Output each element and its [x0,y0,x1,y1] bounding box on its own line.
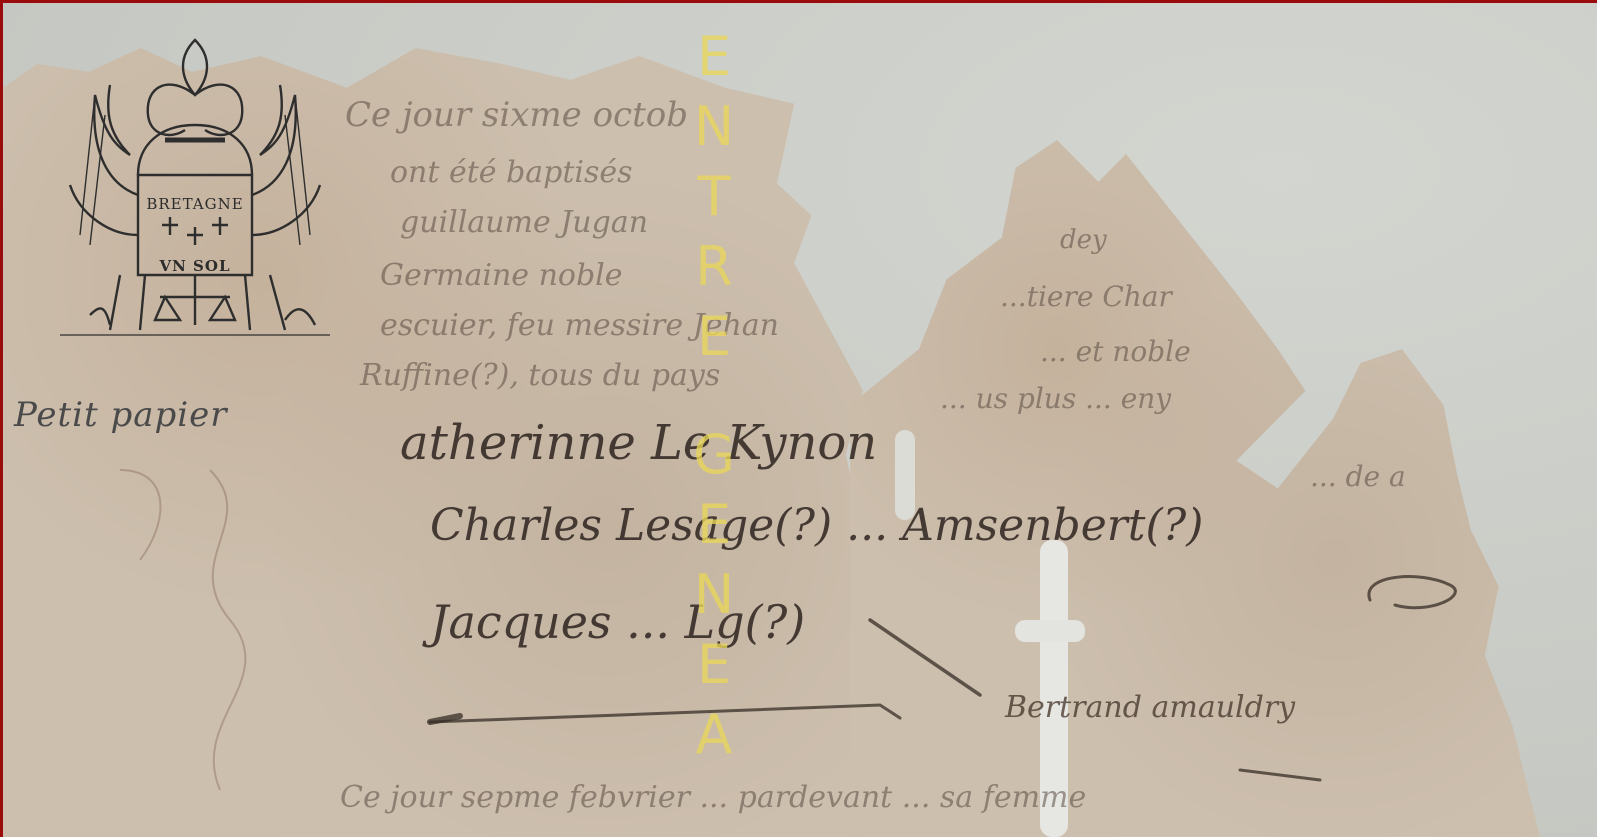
watermark-text: E N T R E G E N E A [692,30,736,778]
watermark-letter: E [697,498,731,568]
watermark-letter: G [693,428,735,498]
watermark-letter: R [695,240,733,310]
watermark-letter: T [698,170,731,240]
watermark-letter: E [697,310,731,380]
watermark-letter: N [694,100,734,170]
watermark-letter: E [697,30,731,100]
pen-flourishes-icon [0,0,1597,837]
watermark-letter: N [694,568,734,638]
watermark-letter: E [697,638,731,708]
watermark-letter: A [696,708,733,778]
